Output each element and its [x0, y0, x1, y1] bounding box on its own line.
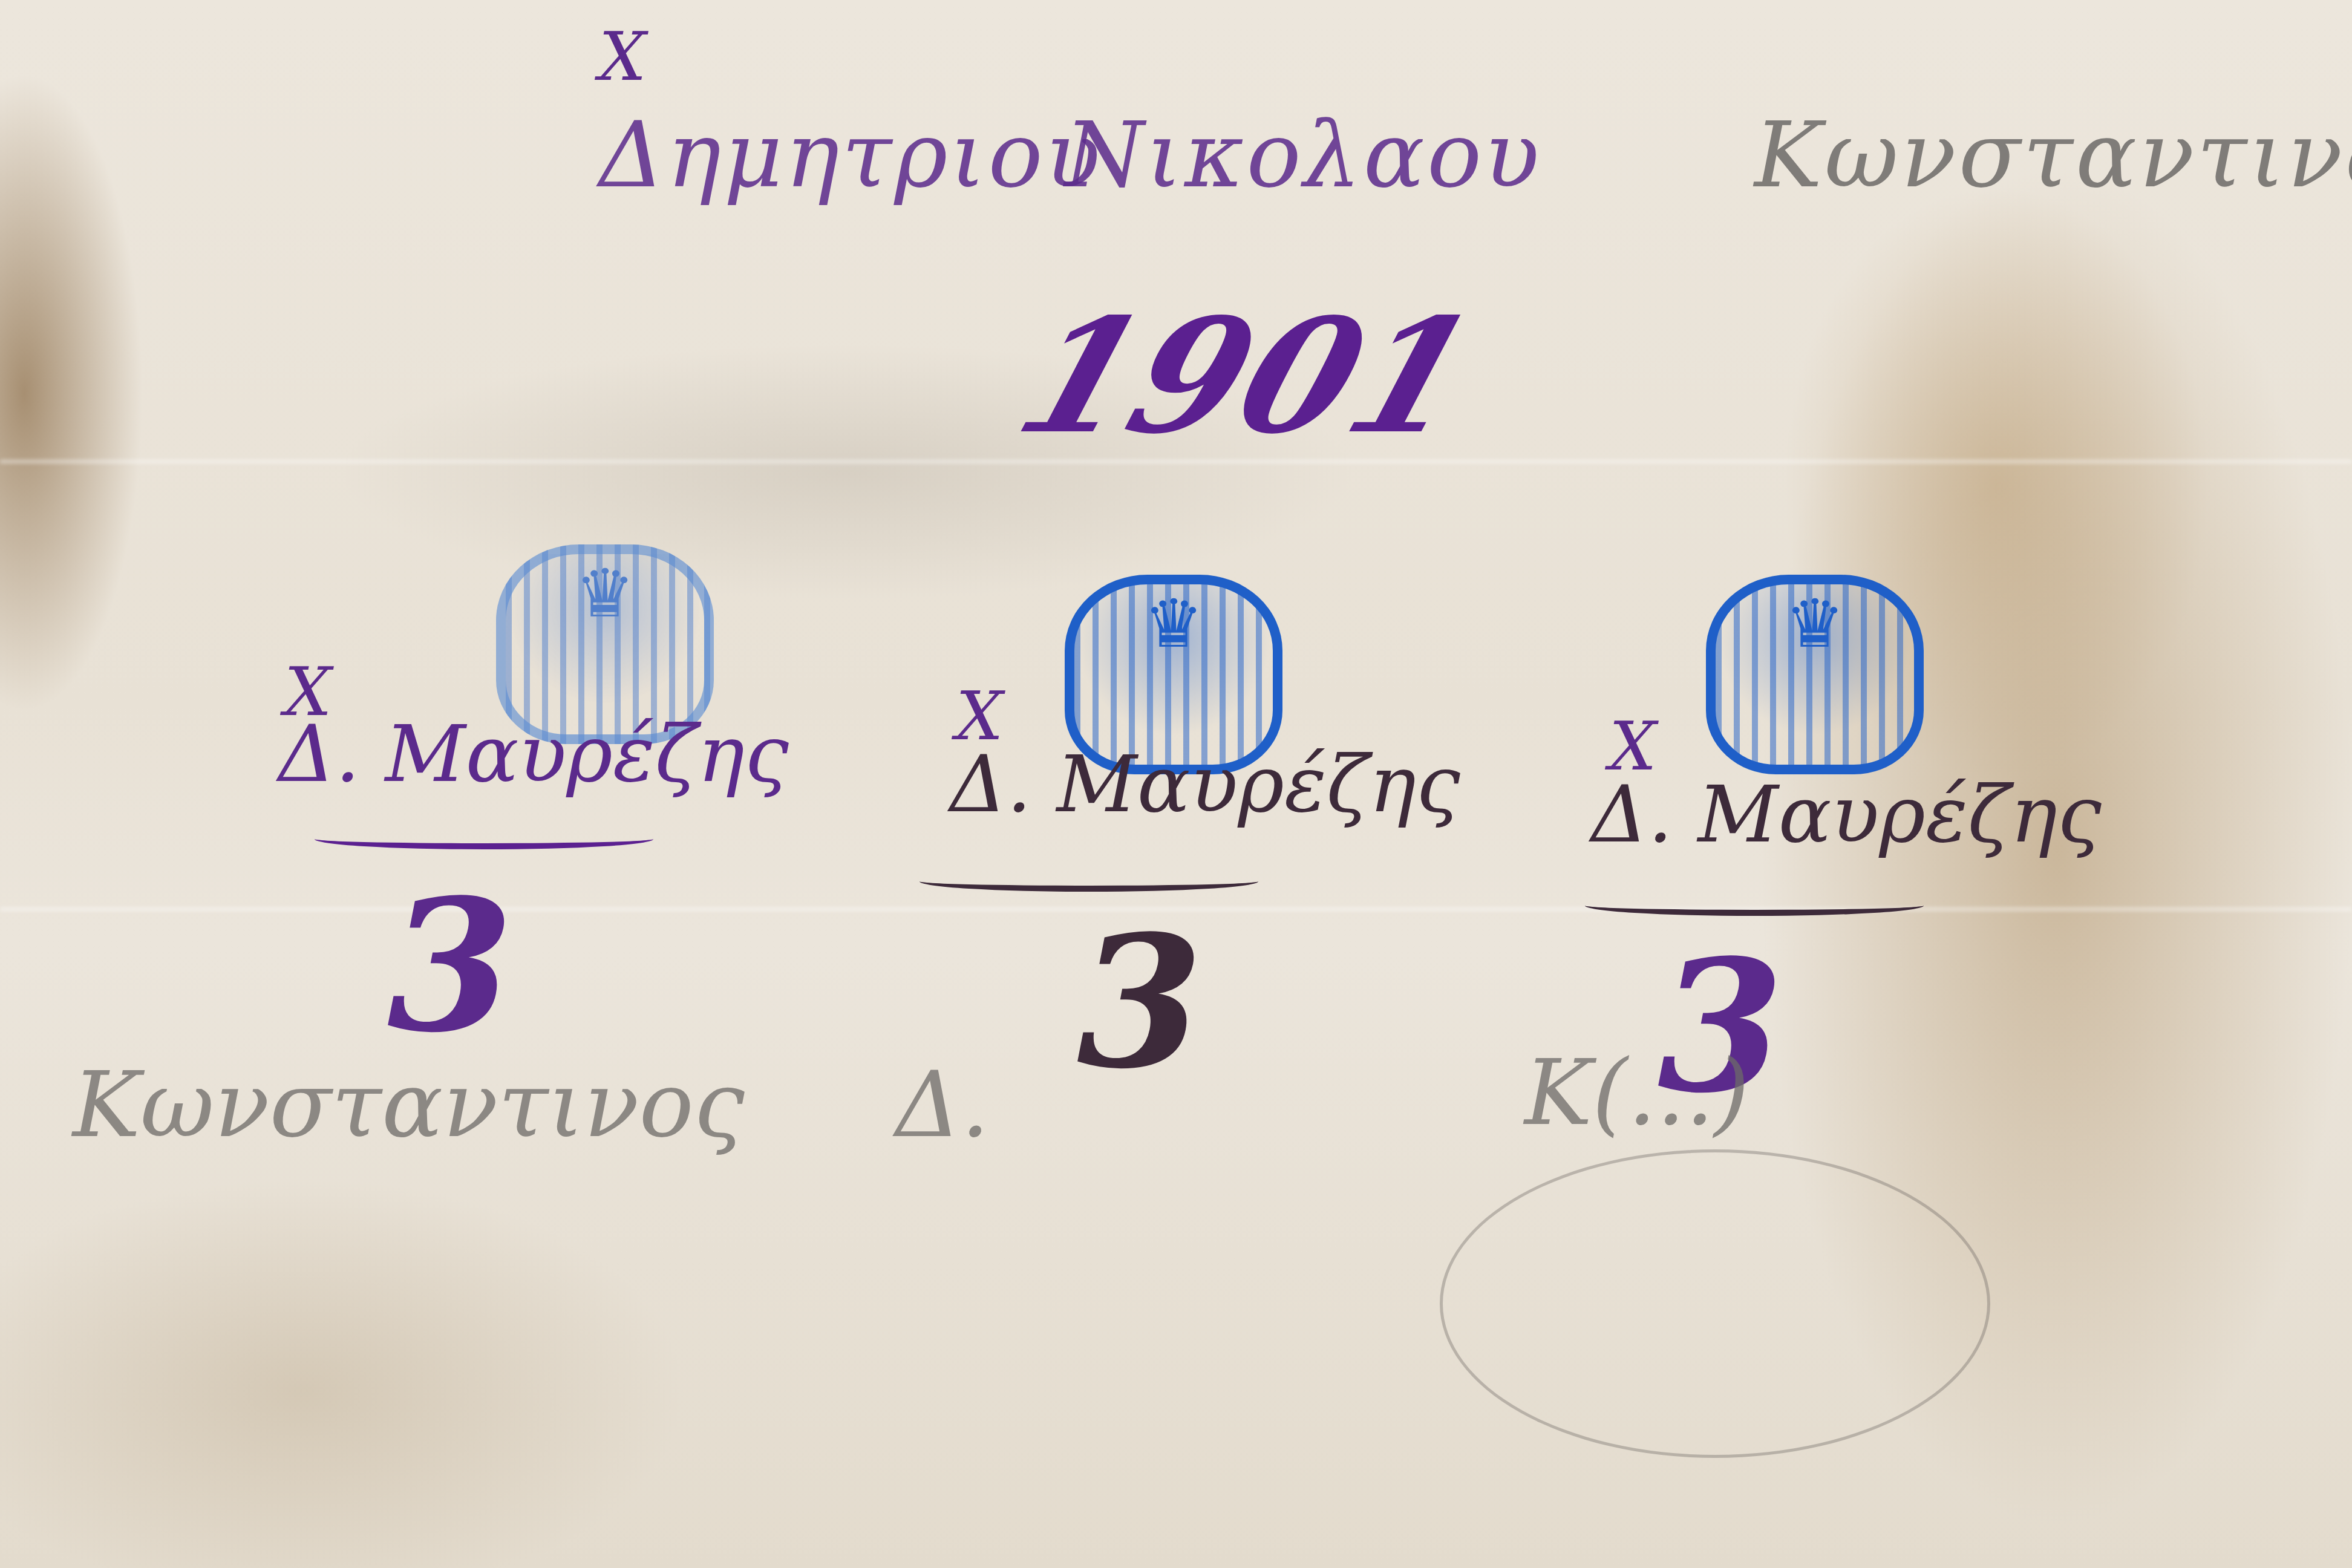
eagle-icon: ♛ — [1785, 590, 1845, 657]
entry-1-flourish — [315, 829, 653, 849]
entry-1-signature: Δ. Μαυρέζης — [278, 708, 789, 800]
pencil-note-2: Δ. — [895, 1053, 990, 1158]
entry-3-flourish — [1585, 895, 1924, 916]
header-word-3: Κωνσταντινος — [1754, 103, 2352, 208]
entry-1-tally: 3 — [387, 859, 514, 1073]
eagle-icon: ♛ — [575, 560, 635, 627]
header-cross-mark: X — [599, 18, 646, 96]
eagle-seal-stamp-3: ♛ — [1706, 575, 1924, 774]
header-word-2: Νικολαου — [1065, 103, 1542, 208]
entry-2-flourish — [920, 871, 1258, 892]
eagle-icon: ♛ — [1144, 590, 1204, 657]
entry-2-tally: 3 — [1077, 895, 1203, 1109]
pencil-note-3: Κ(...) — [1524, 1040, 1749, 1146]
entry-2-signature: Δ. Μαυρέζης — [950, 738, 1460, 830]
header-word-1: Δημητριου — [599, 103, 1103, 208]
pencil-note-1: Κωνσταντινος — [73, 1053, 745, 1158]
document-year: 1901 — [998, 284, 1496, 469]
pencil-oval-sketch — [1440, 1149, 1990, 1458]
entry-3-signature: Δ. Μαυρέζης — [1591, 768, 2102, 860]
